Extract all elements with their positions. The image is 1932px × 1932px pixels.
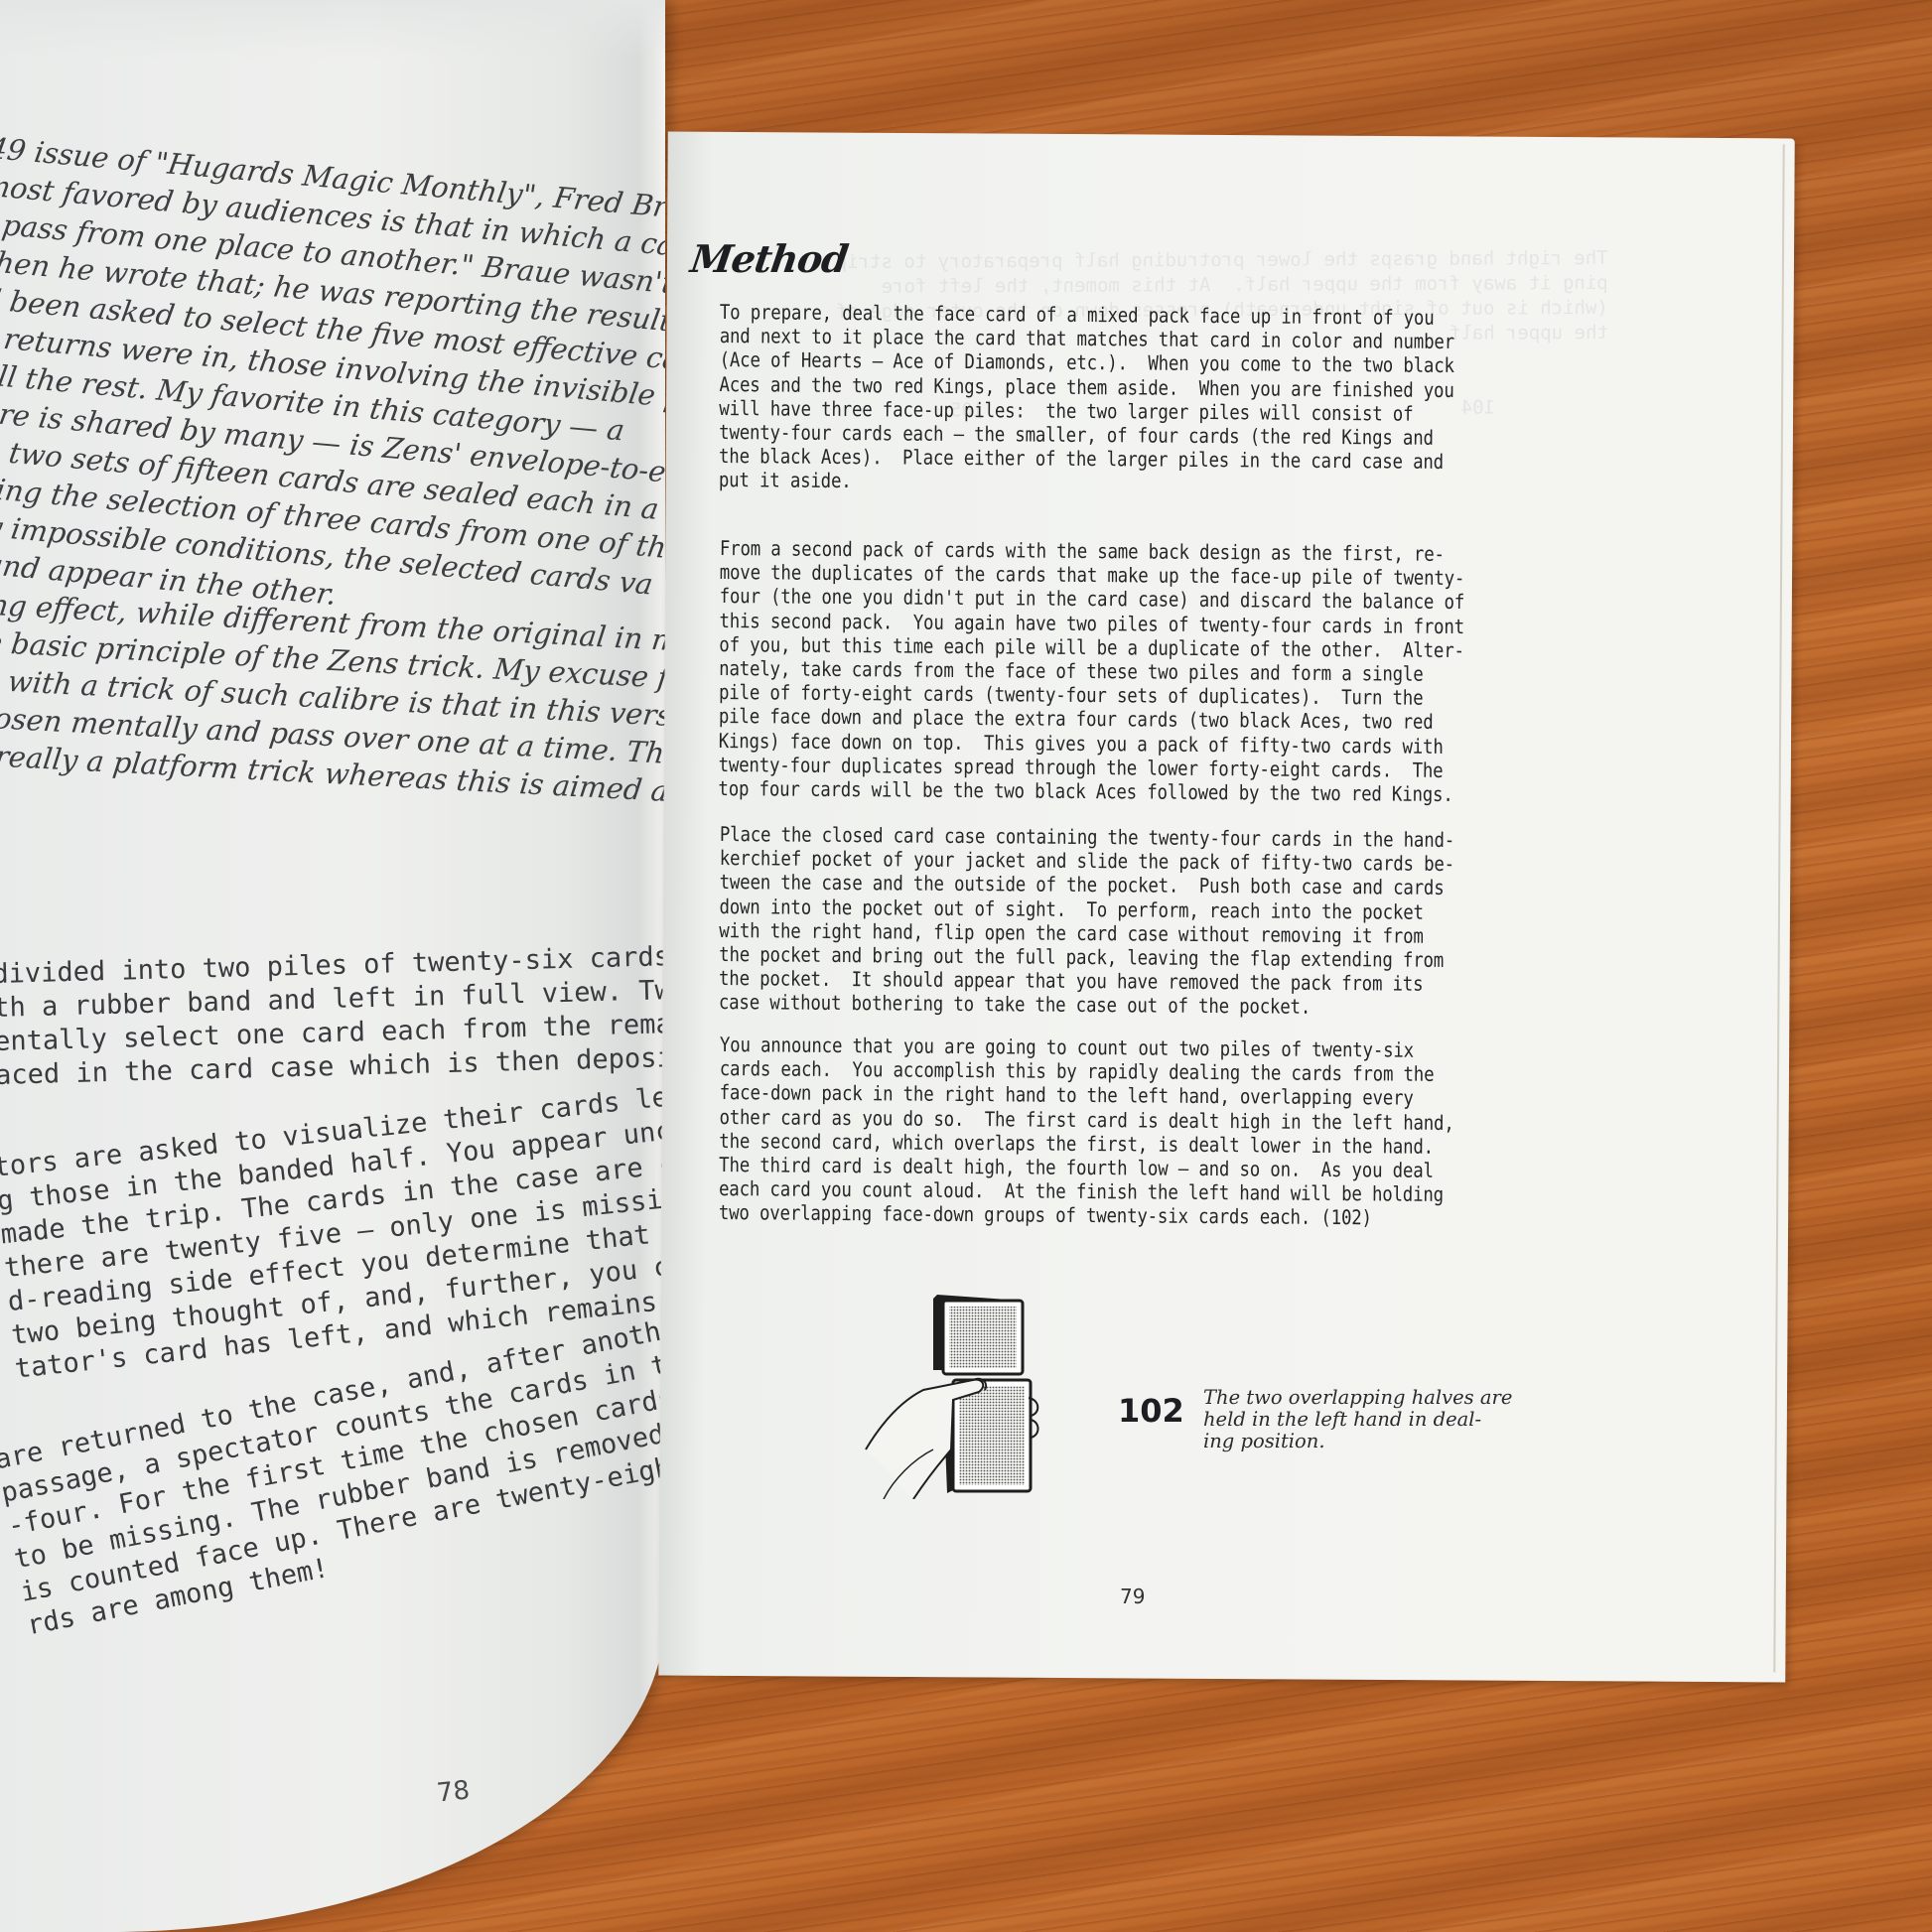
left-page-paragraph-1: 49 issue of "Hugards Magic Monthly", Fre… xyxy=(0,129,665,641)
paragraph-prepare: To prepare, deal the face card of a mixe… xyxy=(719,300,1488,498)
section-heading: Method xyxy=(688,236,851,281)
left-page-number: 78 xyxy=(436,1775,472,1808)
paragraph-second-pack: From a second pack of cards with the sam… xyxy=(718,536,1488,807)
caption-line: held in the left hand in deal- xyxy=(1203,1409,1600,1431)
caption-line: ing position. xyxy=(1203,1431,1600,1452)
right-page-number: 79 xyxy=(1120,1585,1145,1608)
left-page: 49 issue of "Hugards Magic Monthly", Fre… xyxy=(0,0,665,1932)
paragraph-count-out: You announce that you are going to count… xyxy=(719,1033,1488,1231)
figure-caption: The two overlapping halves areheld in th… xyxy=(1203,1387,1600,1452)
left-page-paragraph-3: divided into two piles of twenty-six car… xyxy=(0,939,665,1093)
left-page-paragraph-2: ng effect, while different from the orig… xyxy=(0,586,665,812)
hand-holding-cards-illustration xyxy=(864,1291,1042,1499)
paragraph-card-case: Place the closed card case containing th… xyxy=(719,822,1488,1021)
caption-line: The two overlapping halves are xyxy=(1203,1387,1600,1409)
figure-number: 102 xyxy=(1118,1392,1184,1430)
